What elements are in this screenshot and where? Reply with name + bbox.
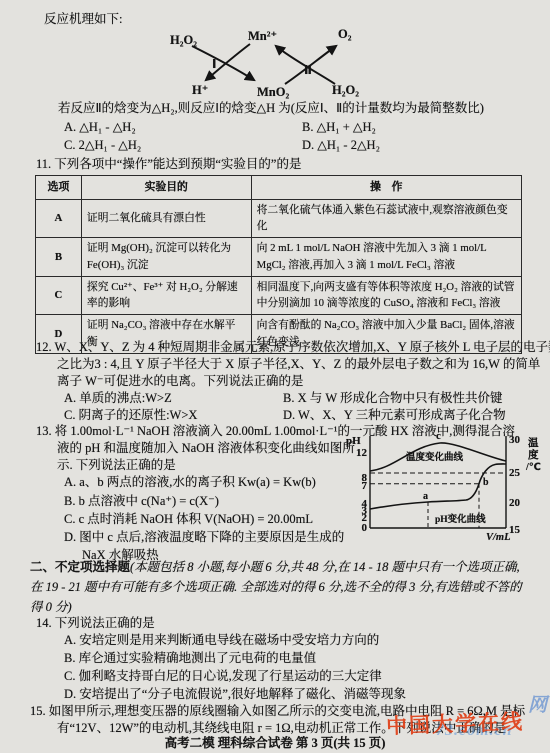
tick-t-30: 30	[509, 434, 521, 446]
col-header-operation: 操 作	[251, 176, 521, 200]
q14-stem: 14. 下列说法正确的是	[36, 616, 155, 631]
q12-line2: 之比为3 : 4,且 Y 原子半径大于 X 原子半径,X、Y、Z 的最外层电子数…	[57, 357, 540, 372]
q10-stem: 若反应Ⅱ的焓变为△H₂,则反应Ⅰ的焓变△H 为(反应Ⅰ、Ⅱ的计量数均为最简整数比…	[58, 101, 484, 116]
q12-line1: 12. W、X、Y、Z 为 4 种短周期非金属元素,原子序数依次增加,X、Y 原…	[36, 340, 550, 355]
label-o2: O₂	[338, 27, 352, 41]
q10-option-b: B. △H₁ + △H₂	[302, 120, 376, 135]
blue-watermark-fragment: 网	[528, 690, 547, 717]
q10-option-d: D. △H₁ - 2△H₂	[302, 138, 380, 153]
q13-option-c: C. c 点时消耗 NaOH 体积 V(NaOH) = 20.00mL	[64, 512, 313, 527]
section2-heading: 二、不定项选择题	[30, 560, 130, 574]
label-h2o2-top: H₂O₂	[170, 33, 197, 47]
row-b-operation: 向 2 mL 1 mol/L NaOH 溶液中先加入 3 滴 1 mol/L M…	[251, 238, 521, 276]
tick-ph-7: 7	[362, 480, 368, 492]
section2-line1: 二、不定项选择题(本题包括 8 小题,每小题 6 分,共 48 分,在 14 -…	[30, 560, 520, 575]
q12-option-d: D. W、X、Y 三种元素可形成离子化合物	[283, 408, 506, 423]
q14-option-d: D. 安培提出了“分子电流假说”,很好地解释了磁化、消磁等现象	[64, 687, 406, 702]
q13-option-b: B. b 点溶液中 c(Na⁺) = c(X⁻)	[64, 494, 219, 509]
q14-option-a: A. 安培定则是用来判断通电导线在磁场中受安培力方向的	[64, 633, 379, 648]
q13-option-d1: D. 图中 c 点后,溶液温度略下降的主要原因是生成的	[64, 530, 344, 545]
col-header-purpose: 实验目的	[81, 176, 251, 200]
section2-line3: 得 0 分)	[30, 600, 72, 615]
y-right-unit-1: 温	[528, 436, 539, 449]
point-b-label: b	[483, 477, 489, 488]
q12-option-a: A. 单质的沸点:W>Z	[64, 391, 172, 406]
tick-ph-12: 12	[356, 447, 368, 459]
q12-option-b: B. X 与 W 形成化合物中只有极性共价键	[283, 391, 503, 406]
label-h2o2-bottom: H₂O₂	[332, 83, 359, 97]
temperature-curve-label: 温度变化曲线	[406, 451, 464, 463]
q14-option-b: B. 库仑通过实验精确地测出了元电荷的电量值	[64, 651, 316, 666]
y-right-unit-3: /℃	[525, 462, 541, 473]
q13-line3: 示. 下列说法正确的是	[57, 458, 176, 473]
q11-table: 选项 实验目的 操 作 A 证明二氧化硫具有漂白性 将二氧化硫气体通入紫色石蕊试…	[35, 175, 522, 354]
tick-t-15: 15	[509, 524, 521, 536]
row-c-option: C	[36, 276, 82, 314]
row-c-purpose: 探究 Cu²⁺、Fe³⁺ 对 H₂O₂ 分解速率的影响	[81, 276, 251, 314]
point-c-label: c	[436, 430, 441, 442]
table-row: A 证明二氧化硫具有漂白性 将二氧化硫气体通入紫色石蕊试液中,观察溶液颜色变化	[36, 199, 522, 237]
col-header-option: 选项	[36, 176, 82, 200]
q12-line3: 离子 W⁻可促进水的电离。下列说法正确的是	[57, 374, 304, 389]
label-hplus: H⁺	[192, 83, 208, 97]
titration-graph: pH 12 8 7 4 3 2 0 30 25 20 15 温 度 /℃ V/m…	[340, 430, 548, 544]
table-row: C 探究 Cu²⁺、Fe³⁺ 对 H₂O₂ 分解速率的影响 相同温度下,向两支盛…	[36, 276, 522, 314]
point-a-label: a	[423, 491, 428, 502]
table-header-row: 选项 实验目的 操 作	[36, 176, 522, 200]
q10-option-c: C. 2△H₁ - △H₂	[64, 138, 141, 153]
row-c-operation: 相同温度下,向两支盛有等体积等浓度 H₂O₂ 溶液的试管中分别滴加 10 滴等浓…	[251, 276, 521, 314]
y-right-unit-2: 度	[528, 448, 539, 461]
tick-t-20: 20	[509, 497, 521, 509]
tick-ph-0: 0	[362, 522, 368, 534]
q13-option-a: A. a、b 两点的溶液,水的离子积 Kw(a) = Kw(b)	[64, 475, 316, 490]
section2-line2: 在 19 - 21 题中有可能有多个选项正确. 全部选对的得 6 分,选不全的得…	[30, 580, 522, 595]
row-b-purpose: 证明 Mg(OH)₂ 沉淀可以转化为 Fe(OH)₃ 沉淀	[81, 238, 251, 276]
exam-page: 反应机理如下: H₂O₂ Mn²⁺ O₂ H⁺ MnO₂ H₂O₂ Ⅰ Ⅱ 若反…	[0, 0, 550, 753]
table-row: B 证明 Mg(OH)₂ 沉淀可以转化为 Fe(OH)₃ 沉淀 向 2 mL 1…	[36, 238, 522, 276]
q12-option-c: C. 阴离子的还原性:W>X	[64, 408, 197, 423]
label-step2: Ⅱ	[304, 63, 312, 77]
y-left-axis-label: pH	[346, 435, 361, 447]
q14-option-c: C. 伽利略支持哥白尼的日心说,发现了行星运动的三大定律	[64, 669, 382, 684]
tick-t-25: 25	[509, 467, 521, 479]
ph-curve-label: pH变化曲线	[435, 513, 486, 525]
q13-line2: 液的 pH 和温度随加入 NaOH 溶液体积变化曲线如图所	[57, 441, 355, 456]
label-mno2: MnO₂	[257, 85, 289, 99]
label-step1: Ⅰ	[212, 57, 216, 71]
x-axis-label: V/mL	[486, 532, 511, 543]
reaction-mechanism-diagram: H₂O₂ Mn²⁺ O₂ H⁺ MnO₂ H₂O₂ Ⅰ Ⅱ	[150, 26, 410, 102]
page-footer: 高考二模 理科综合试卷 第 3 页(共 15 页)	[0, 733, 550, 751]
row-a-operation: 将二氧化硫气体通入紫色石蕊试液中,观察溶液颜色变化	[251, 199, 521, 237]
row-a-purpose: 证明二氧化硫具有漂白性	[81, 199, 251, 237]
section2-line1-rest: (本题包括 8 小题,每小题 6 分,共 48 分,在 14 - 18 题中只有…	[130, 560, 520, 574]
q11-stem: 11. 下列各项中“操作”能达到预期“实验目的”的是	[36, 157, 301, 172]
mechanism-caption: 反应机理如下:	[44, 12, 122, 27]
q10-option-a: A. △H₁ - △H₂	[64, 120, 136, 135]
arrow-h2o2-to-mno2	[192, 46, 254, 80]
row-b-option: B	[36, 238, 82, 276]
label-mn2plus: Mn²⁺	[248, 29, 277, 43]
row-a-option: A	[36, 199, 82, 237]
